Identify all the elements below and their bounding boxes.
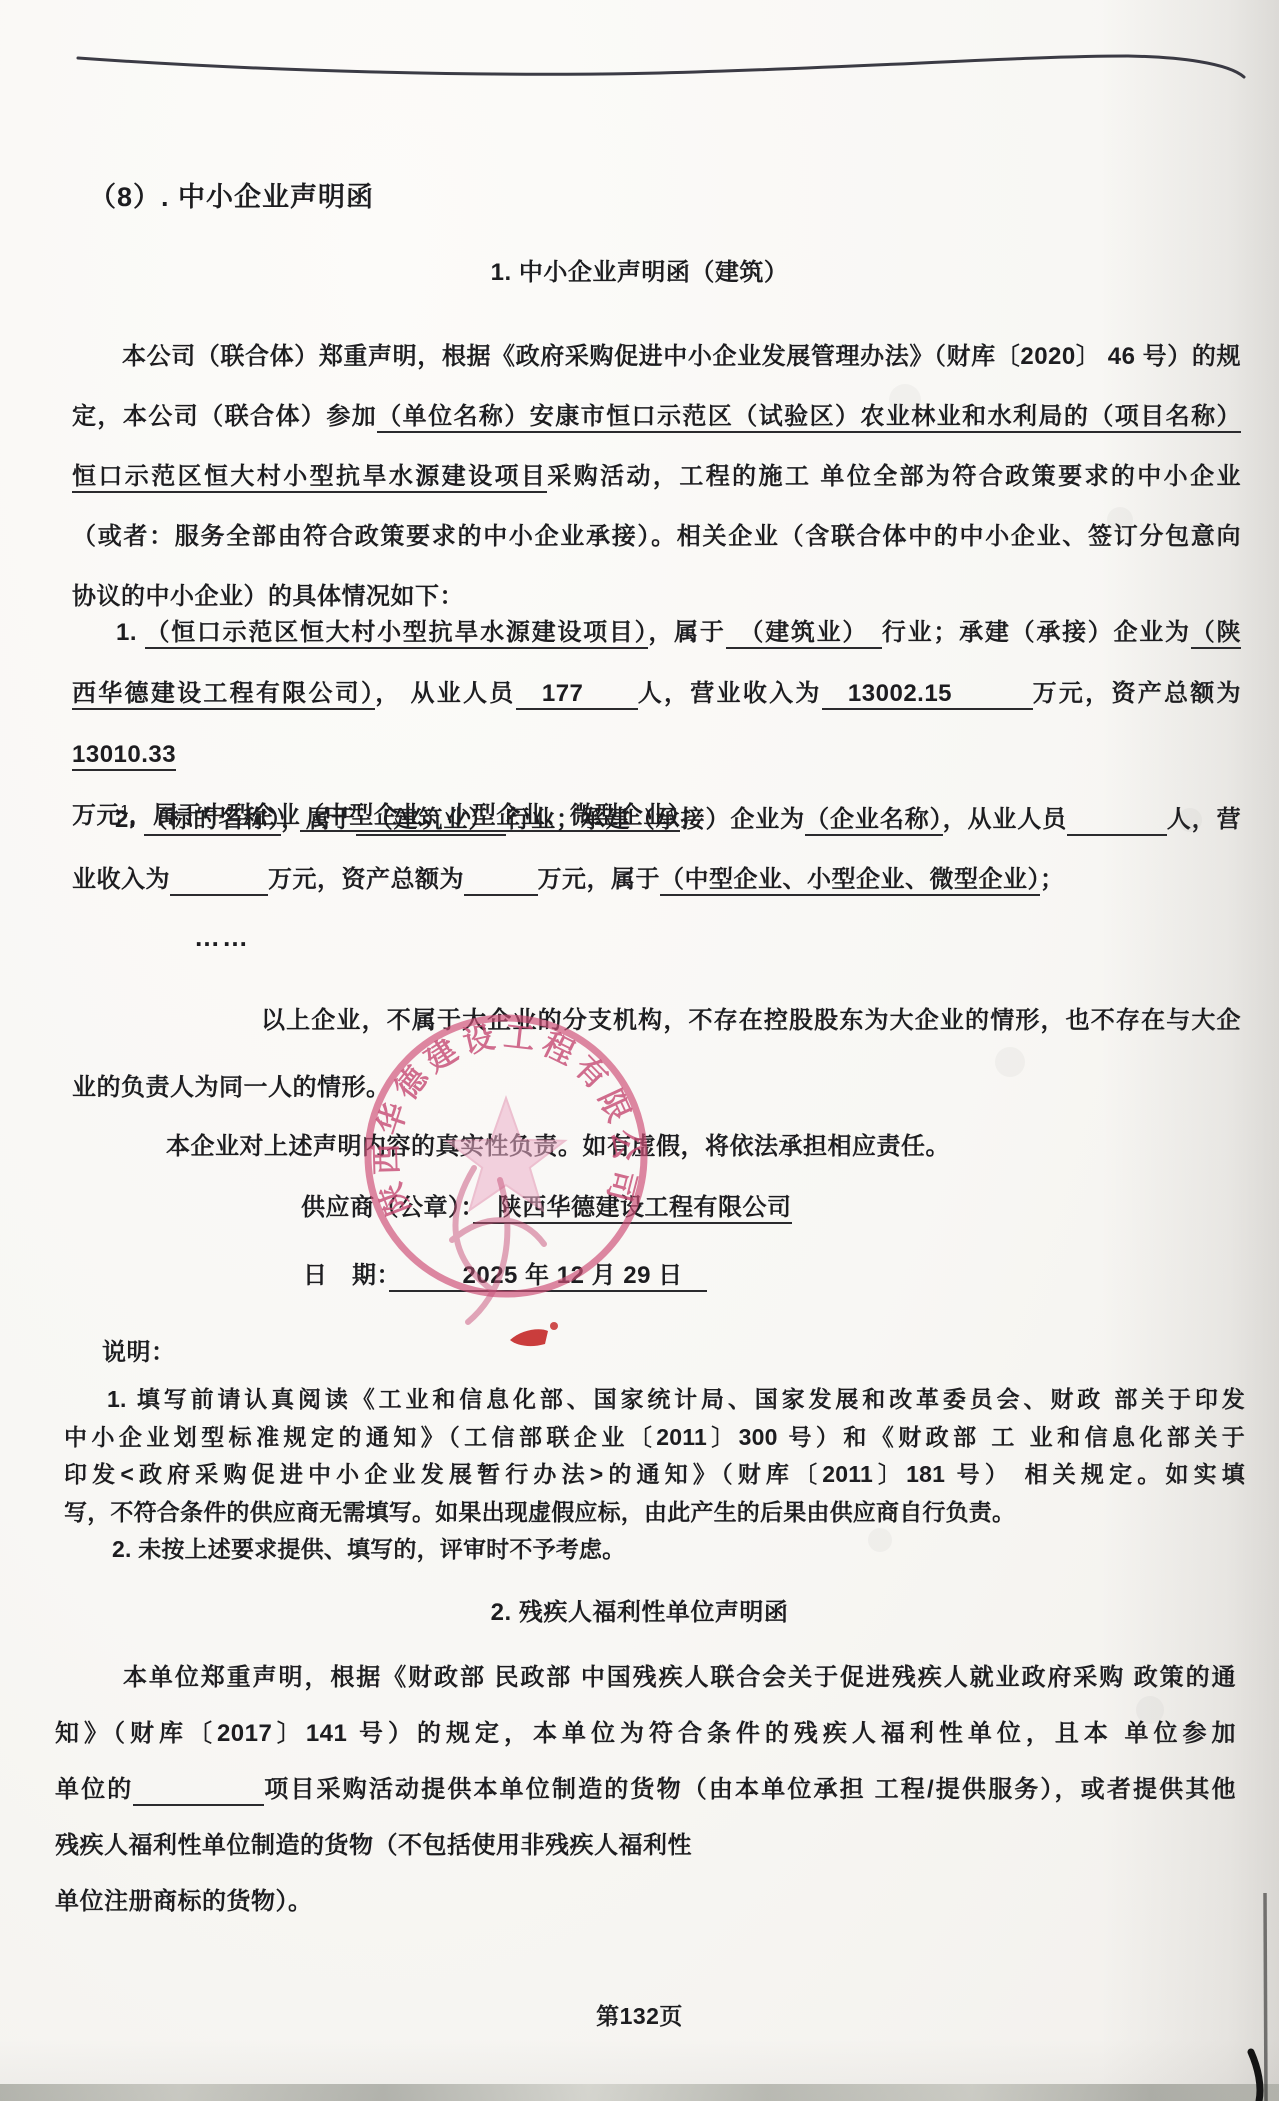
text-line: 单位的 项目采购活动提供本单位制造的货物（由本单位承担 工程/提供服务），或者提… <box>55 1762 1236 1818</box>
fill-in-underlined-value: 13002.15 <box>822 680 1033 710</box>
text-segment: 万元，资产总额为 <box>268 866 464 893</box>
fill-in-underlined-value: 2025 年 12 月 29 日 <box>389 1262 707 1292</box>
text-segment: 项目采购活动提供本单位制造的货物（由本单位承担 工程/提供服务），或者提供其他 <box>264 1776 1236 1803</box>
text-segment: ，属于 <box>281 806 356 833</box>
text-segment: 业收入为 <box>72 866 170 893</box>
text-segment: 残疾人福利性单位制造的货物（不包括使用非残疾人福利性 <box>55 1832 692 1859</box>
text-segment: 万元，属于 <box>538 866 661 893</box>
text-segment: 行业；承建（承接）企业为 <box>882 619 1191 646</box>
text-segment: 单位的 <box>55 1776 133 1803</box>
fill-in-underlined-value: （单位名称）安康市恒口示范区（试验区）农业林业和水利局的（项目名称） <box>377 403 1241 433</box>
text-line: 2. （标的名称），属于 （建筑业） 行业；承建（承接）企业为（企业名称），从业… <box>72 790 1241 850</box>
text-line: 2. 未按上述要求提供、填写的，评审时不予考虑。 <box>64 1531 1245 1569</box>
text-segment: 业的负责人为同一人的情形。 <box>72 1074 391 1101</box>
document-page: （8）. 中小企业声明函 1. 中小企业声明函（建筑） 本公司（联合体）郑重声明… <box>0 0 1279 2101</box>
fill-in-underlined-value <box>464 866 538 896</box>
text-segment: （或者：服务全部由符合政策要求的中小企业承接）。相关企业（含联合体中的中小企业、… <box>72 523 1241 550</box>
text-segment: 采购活动，工程的施工 单位全部为符合政策要求的中小企业 <box>547 463 1241 490</box>
no-large-enterprise-paragraph: 以上企业，不属于大企业的分支机构，不存在控股股东为大企业的情形，也不存在与大企业… <box>72 987 1241 1121</box>
text-segment: 印发<政府采购促进中小企业发展暂行办法>的通知》（财库〔2011〕181 号） … <box>64 1461 1245 1487</box>
intro-paragraph: 本公司（联合体）郑重声明，根据《政府采购促进中小企业发展管理办法》（财库〔202… <box>72 327 1241 627</box>
page-number: 第132页 <box>0 1998 1279 2031</box>
text-line: 本单位郑重声明，根据《财政部 民政部 中国残疾人联合会关于促进残疾人就业政府采购… <box>55 1650 1236 1706</box>
text-segment: 中小企业划型标准规定的通知》（工信部联企业〔2011〕300 号）和《财政部 工… <box>64 1424 1245 1450</box>
fill-in-underlined-value: （陕 <box>1191 619 1241 649</box>
scan-bottom-edge <box>0 2084 1279 2101</box>
fill-in-underlined-value: 恒口示范区恒大村小型抗旱水源建设项目 <box>72 463 547 493</box>
text-line: 西华德建设工程有限公司）， 从业人员 177 人，营业收入为 13002.15 … <box>72 663 1241 785</box>
fill-in-underlined-value: （建筑业） <box>726 619 882 649</box>
text-segment: ， 从业人员 <box>375 680 515 707</box>
text-segment: 1. <box>116 619 145 646</box>
notes-paragraph: 1. 填写前请认真阅读《工业和信息化部、国家统计局、国家发展和改革委员会、财政 … <box>64 1381 1245 1569</box>
text-line: 业的负责人为同一人的情形。 <box>72 1054 1241 1121</box>
text-line: 中小企业划型标准规定的通知》（工信部联企业〔2011〕300 号）和《财政部 工… <box>64 1419 1245 1457</box>
text-segment: 1. 填写前请认真阅读《工业和信息化部、国家统计局、国家发展和改革委员会、财政 … <box>107 1386 1245 1412</box>
text-line: 恒口示范区恒大村小型抗旱水源建设项目采购活动，工程的施工 单位全部为符合政策要求… <box>72 447 1241 507</box>
text-line: 业收入为 万元，资产总额为 万元，属于（中型企业、小型企业、微型企业）； <box>72 850 1241 910</box>
fill-in-underlined-value: （企业名称） <box>805 806 942 836</box>
text-segment: ； <box>1040 866 1065 893</box>
text-line: 以上企业，不属于大企业的分支机构，不存在控股股东为大企业的情形，也不存在与大企 <box>72 987 1241 1054</box>
text-segment: 定，本公司（联合体）参加 <box>72 403 377 430</box>
notes-label: 说明： <box>102 1332 176 1367</box>
supplier-signature-line: 供应商（公章）： 陕西华德建设工程有限公司 <box>301 1188 792 1228</box>
fill-in-underlined-value <box>170 866 268 896</box>
ellipsis: …… <box>194 922 250 953</box>
text-segment: 单位注册商标的货物）。 <box>55 1888 313 1915</box>
text-line: （或者：服务全部由符合政策要求的中小企业承接）。相关企业（含联合体中的中小企业、… <box>72 507 1241 567</box>
fill-in-underlined-value: （建筑业） <box>356 806 506 836</box>
disabled-welfare-paragraph: 本单位郑重声明，根据《财政部 民政部 中国残疾人联合会关于促进残疾人就业政府采购… <box>55 1650 1236 1930</box>
text-segment: 2. 未按上述要求提供、填写的，评审时不予考虑。 <box>112 1536 625 1562</box>
text-segment: 本公司（联合体）郑重声明，根据《政府采购促进中小企业发展管理办法》（财库〔202… <box>122 343 1241 370</box>
fill-in-underlined-value: 177 <box>516 680 638 710</box>
text-segment: 知》（财库〔2017〕141 号）的规定，本单位为符合条件的残疾人福利性单位，且… <box>55 1720 1236 1747</box>
disabled-welfare-title: 2. 残疾人福利性单位声明函 <box>0 1592 1279 1627</box>
responsibility-statement: 本企业对上述声明内容的真实性负责。如有虚假，将依法承担相应责任。 <box>166 1127 950 1167</box>
text-line: 知》（财库〔2017〕141 号）的规定，本单位为符合条件的残疾人福利性单位，且… <box>55 1706 1236 1762</box>
fill-in-underlined-value: 西华德建设工程有限公司） <box>72 680 375 710</box>
text-segment: 以上企业，不属于大企业的分支机构，不存在控股股东为大企业的情形，也不存在与大企 <box>261 1007 1241 1034</box>
text-line: 单位注册商标的货物）。 <box>55 1874 1236 1930</box>
red-ink-mark <box>510 1322 558 1346</box>
section-heading: （8）. 中小企业声明函 <box>89 175 374 214</box>
text-line: 本公司（联合体）郑重声明，根据《政府采购促进中小企业发展管理办法》（财库〔202… <box>72 327 1241 387</box>
text-segment: 人，营 <box>1167 806 1241 833</box>
text-line: 印发<政府采购促进中小企业发展暂行办法>的通知》（财库〔2011〕181 号） … <box>64 1456 1245 1494</box>
text-line: 写，不符合条件的供应商无需填写。如果出现虚假应标，由此产生的后果由供应商自行负责… <box>64 1494 1245 1532</box>
text-segment: ，从业人员 <box>943 806 1068 833</box>
text-segment: 人，营业收入为 <box>638 680 822 707</box>
fill-in-underlined-value: 陕西华德建设工程有限公司 <box>473 1194 792 1224</box>
fill-in-underlined-value <box>1067 806 1167 836</box>
text-segment: ，属于 <box>648 619 725 646</box>
right-scan-edge <box>1265 1893 1266 2101</box>
text-line: 残疾人福利性单位制造的货物（不包括使用非残疾人福利性 <box>55 1818 1236 1874</box>
text-segment: 写，不符合条件的供应商无需填写。如果出现虚假应标，由此产生的后果由供应商自行负责… <box>64 1499 1015 1525</box>
date-line: 日 期： 2025 年 12 月 29 日 <box>303 1256 707 1296</box>
text-segment: 本单位郑重声明，根据《财政部 民政部 中国残疾人联合会关于促进残疾人就业政府采购… <box>123 1664 1236 1691</box>
text-line: 定，本公司（联合体）参加（单位名称）安康市恒口示范区（试验区）农业林业和水利局的… <box>72 387 1241 447</box>
fill-in-underlined-value: （中型企业、小型企业、微型企业） <box>660 866 1040 896</box>
fill-in-underlined-value: 13010.33 <box>72 741 176 771</box>
smme-declaration-title: 1. 中小企业声明函（建筑） <box>0 252 1279 287</box>
fill-in-underlined-value: （恒口示范区恒大村小型抗旱水源建设项目） <box>145 619 648 649</box>
text-segment: 2. <box>115 806 144 833</box>
text-line: 1. （恒口示范区恒大村小型抗旱水源建设项目），属于 （建筑业） 行业；承建（承… <box>72 602 1241 663</box>
text-segment: 万元，资产总额为 <box>1033 680 1241 707</box>
fill-in-underlined-value <box>133 1776 264 1806</box>
text-line: 日 期： 2025 年 12 月 29 日 <box>303 1256 707 1296</box>
text-segment: 供应商（公章）： <box>301 1194 473 1221</box>
text-line: 1. 填写前请认真阅读《工业和信息化部、国家统计局、国家发展和改革委员会、财政 … <box>64 1381 1245 1419</box>
text-line: 供应商（公章）： 陕西华德建设工程有限公司 <box>301 1188 792 1228</box>
top-scan-line <box>78 56 1244 77</box>
fill-in-underlined-value: （标的名称） <box>144 806 281 836</box>
text-segment: 行业；承建（承接）企业为 <box>506 806 805 833</box>
item-2-paragraph: 2. （标的名称），属于 （建筑业） 行业；承建（承接）企业为（企业名称），从业… <box>72 790 1241 910</box>
text-segment: 日 期： <box>303 1262 389 1289</box>
